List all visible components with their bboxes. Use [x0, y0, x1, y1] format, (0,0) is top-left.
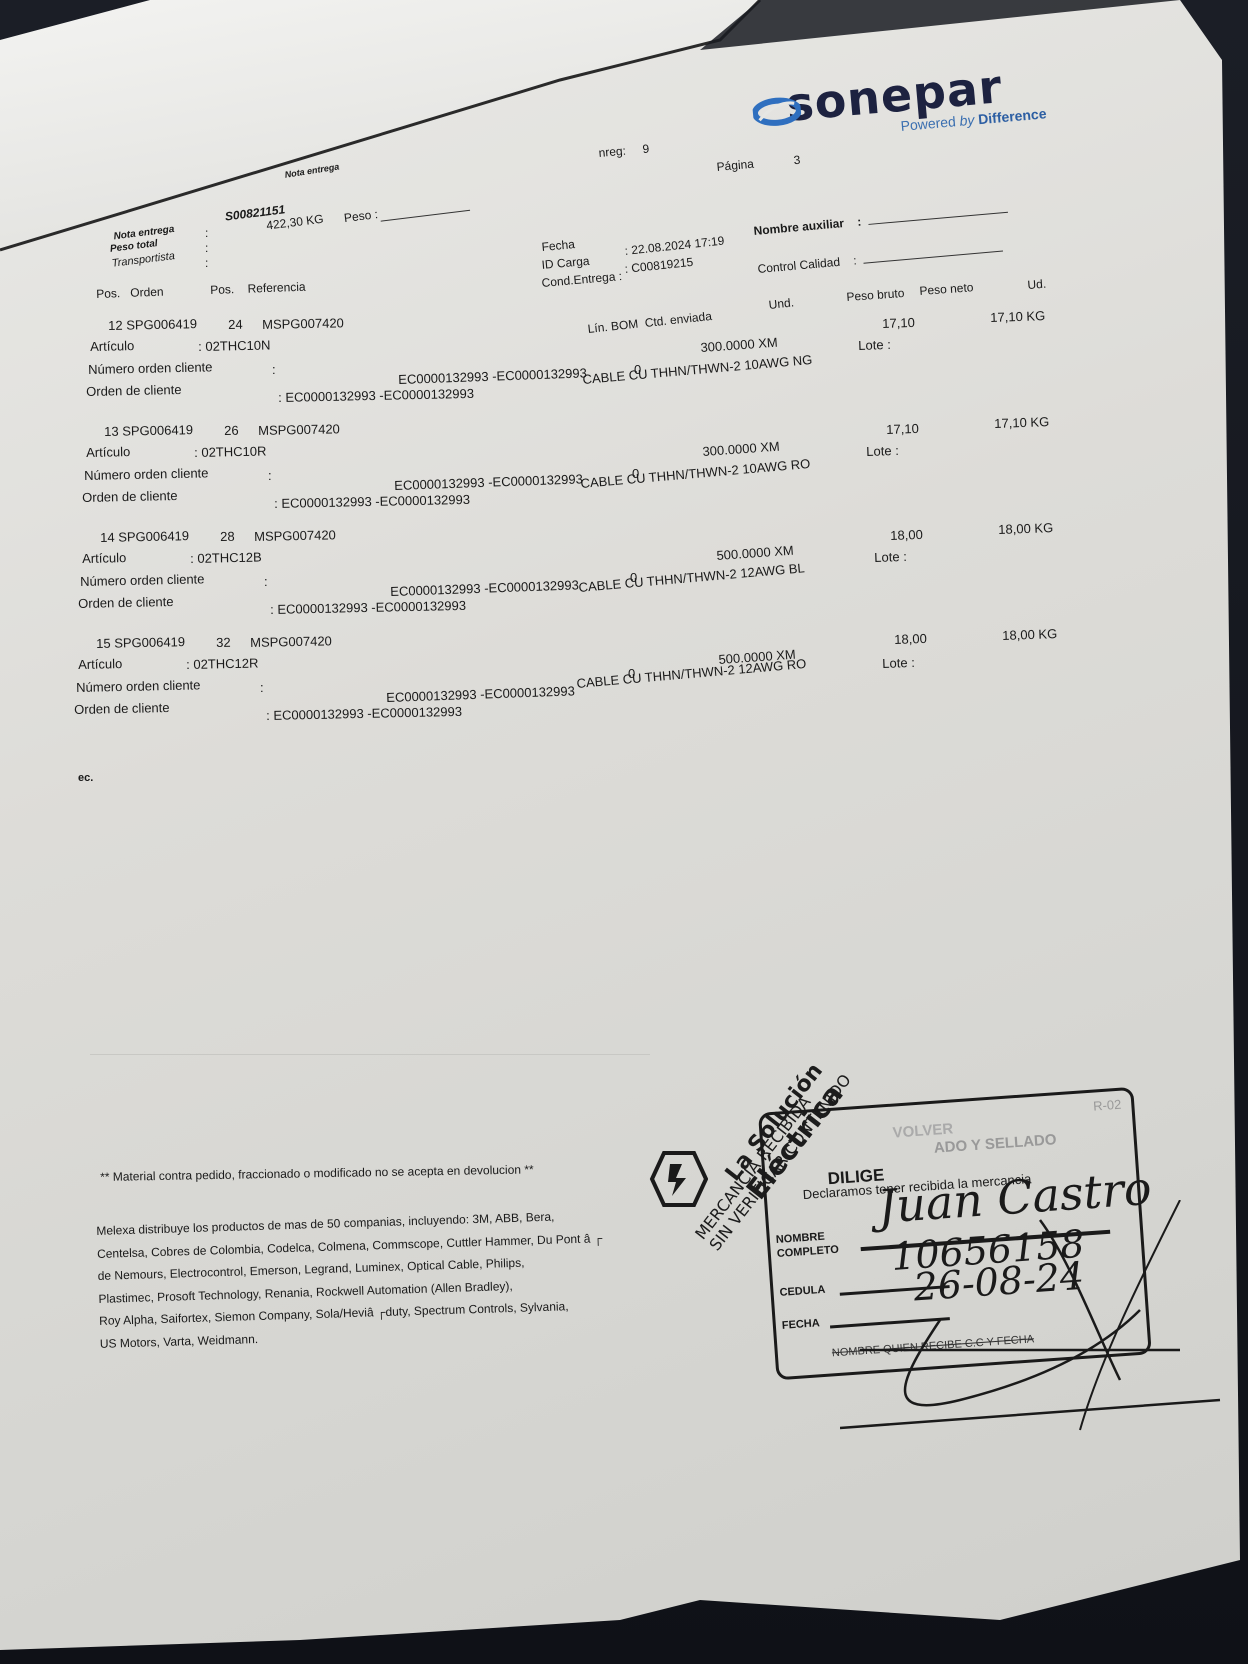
doc-type-label: Nota entrega [284, 161, 340, 179]
footer-divider [90, 1054, 650, 1055]
row-numero-orden-label: Número orden cliente [84, 465, 209, 483]
colon: : [205, 226, 208, 240]
row-pos-orden: 12 SPG006419 [108, 316, 197, 333]
row-referencia: MSPG007420 [254, 527, 336, 544]
row-orden-cliente-label: Orden de cliente [82, 488, 178, 505]
row-peso-bruto: 18,00 [894, 631, 927, 647]
row-peso-neto: 17,10 KG [990, 308, 1045, 325]
sonepar-swirl-icon [752, 95, 802, 129]
row-numero-orden-value: EC0000132993 -EC0000132993 [390, 577, 579, 599]
header-left-block: Nota entrega S00821151 Peso total 422,30… [108, 186, 491, 280]
colon: : [264, 574, 268, 589]
col-peso-neto: Peso neto [919, 280, 974, 298]
col-ud: Ud. [1027, 277, 1047, 292]
table-header-left: Pos. Orden Pos. Referencia [96, 280, 306, 301]
row-referencia: MSPG007420 [250, 633, 332, 650]
row-peso-bruto: 18,00 [890, 527, 923, 543]
row-numero-orden-label: Número orden cliente [80, 571, 205, 589]
row-orden-cliente-label: Orden de cliente [78, 594, 174, 611]
delivery-note-document: sonepar Powered by Difference nreg: 9 Pá… [0, 0, 1248, 1664]
row-articulo-label: Artículo [78, 656, 122, 672]
row-articulo-label: Artículo [82, 550, 126, 566]
colon: : [268, 468, 272, 483]
table-header-right: Lín. BOM Ctd. enviada [587, 309, 713, 336]
row-articulo-label: Artículo [90, 338, 134, 354]
colon: : [260, 680, 264, 695]
row-numero-orden-label: Número orden cliente [76, 677, 201, 695]
pagina-field: Página 3 [716, 153, 801, 174]
id-carga-label: ID Carga [541, 254, 590, 272]
row-orden-cliente-value: : EC0000132993 -EC0000132993 [270, 598, 466, 617]
row-descripcion: CABLE CU THHN/THWN-2 12AWG BL [578, 560, 805, 595]
row-articulo-label: Artículo [86, 444, 130, 460]
row-lote: Lote : [874, 549, 907, 565]
row-pos-orden: 13 SPG006419 [104, 422, 193, 439]
row-referencia: MSPG007420 [258, 421, 340, 438]
col-ctd-enviada: Ctd. enviada [644, 309, 712, 330]
row-referencia: MSPG007420 [262, 315, 344, 332]
col-pos2: Pos. [210, 282, 234, 297]
company-stamp-emblem-icon [648, 1150, 708, 1208]
row-orden-cliente-value: : EC0000132993 -EC0000132993 [278, 386, 474, 405]
row-orden-cliente-value: : EC0000132993 -EC0000132993 [266, 704, 462, 723]
nombre-completo-label: NOMBRE COMPLETO [775, 1229, 839, 1261]
row-numero-orden-value: EC0000132993 -EC0000132993 [394, 471, 583, 493]
row-orden-cliente-label: Orden de cliente [74, 700, 170, 717]
row-descripcion: CABLE CU THHN/THWN-2 10AWG RO [580, 456, 811, 491]
signature-scribble [840, 1200, 1248, 1460]
row-articulo-value: : 02THC12B [190, 550, 262, 566]
row-lote: Lote : [866, 443, 899, 459]
fecha-label: Fecha [541, 237, 575, 254]
distributor-text: Melexa distribuye los productos de mas d… [96, 1204, 605, 1355]
row-peso-neto: 17,10 KG [994, 414, 1049, 431]
cedula-label: CEDULA [779, 1284, 826, 1299]
row-peso-bruto: 17,10 [886, 421, 919, 437]
row-peso-bruto: 17,10 [882, 315, 915, 331]
row-pos-orden: 14 SPG006419 [100, 528, 189, 545]
row-numero-orden-value: EC0000132993 -EC0000132993 [398, 365, 587, 387]
return-notice: ** Material contra pedido, fraccionado o… [100, 1162, 534, 1184]
fecha-value: : 22.08.2024 17:19 [624, 234, 725, 258]
fecha-label-stamp: FECHA [781, 1317, 820, 1332]
row-peso-neto: 18,00 KG [1002, 626, 1057, 643]
col-lin-bom: Lín. BOM [587, 317, 639, 336]
row-pos-orden: 15 SPG006419 [96, 634, 185, 651]
cond-entrega-label: Cond.Entrega : [541, 269, 623, 290]
col-peso-bruto: Peso bruto [846, 286, 905, 304]
row-ctd-und: 500.0000 XM [716, 543, 794, 563]
colon: : [272, 362, 276, 377]
row-numero-orden-value: EC0000132993 -EC0000132993 [386, 683, 575, 705]
row-articulo-value: : 02THC10N [198, 337, 271, 354]
row-numero-orden-label: Número orden cliente [88, 359, 213, 377]
col-und: Und. [768, 295, 795, 312]
id-carga-value: : C00819215 [624, 255, 694, 276]
colon: : [205, 241, 208, 255]
peso-input-line [381, 210, 470, 222]
row-articulo-value: : 02THC12R [186, 655, 259, 672]
col-pos: Pos. [96, 286, 120, 301]
row-orden-cliente-value: : EC0000132993 -EC0000132993 [274, 492, 470, 511]
nombre-auxiliar-label: Nombre auxiliar : [753, 202, 1008, 238]
ec-mark: ec. [78, 772, 93, 784]
row-ctd-und: 300.0000 XM [700, 335, 778, 355]
sonepar-logo: sonepar Powered by Difference [784, 59, 1004, 132]
control-calidad-label: Control Calidad : [757, 241, 1003, 276]
receipt-code: R-02 [1093, 1097, 1122, 1114]
row-peso-neto: 18,00 KG [998, 520, 1053, 537]
nreg-field: nreg: 9 [598, 142, 650, 160]
col-referencia: Referencia [247, 280, 305, 296]
row-articulo-value: : 02THC10R [194, 443, 267, 460]
row-pos2: 26 [224, 423, 239, 438]
company-stamp [648, 1150, 708, 1213]
row-pos2: 32 [216, 635, 231, 650]
row-lote: Lote : [882, 655, 915, 671]
row-lote: Lote : [858, 337, 891, 353]
row-ctd-und: 300.0000 XM [702, 439, 780, 459]
row-orden-cliente-label: Orden de cliente [86, 382, 182, 399]
row-descripcion: CABLE CU THHN/THWN-2 10AWG NG [582, 352, 813, 387]
row-pos2: 28 [220, 529, 235, 544]
row-pos2: 24 [228, 317, 243, 332]
colon: : [205, 256, 208, 270]
col-orden: Orden [130, 285, 164, 300]
row-descripcion: CABLE CU THHN/THWN-2 12AWG RO [576, 656, 807, 691]
peso-label: Peso : [343, 207, 378, 225]
